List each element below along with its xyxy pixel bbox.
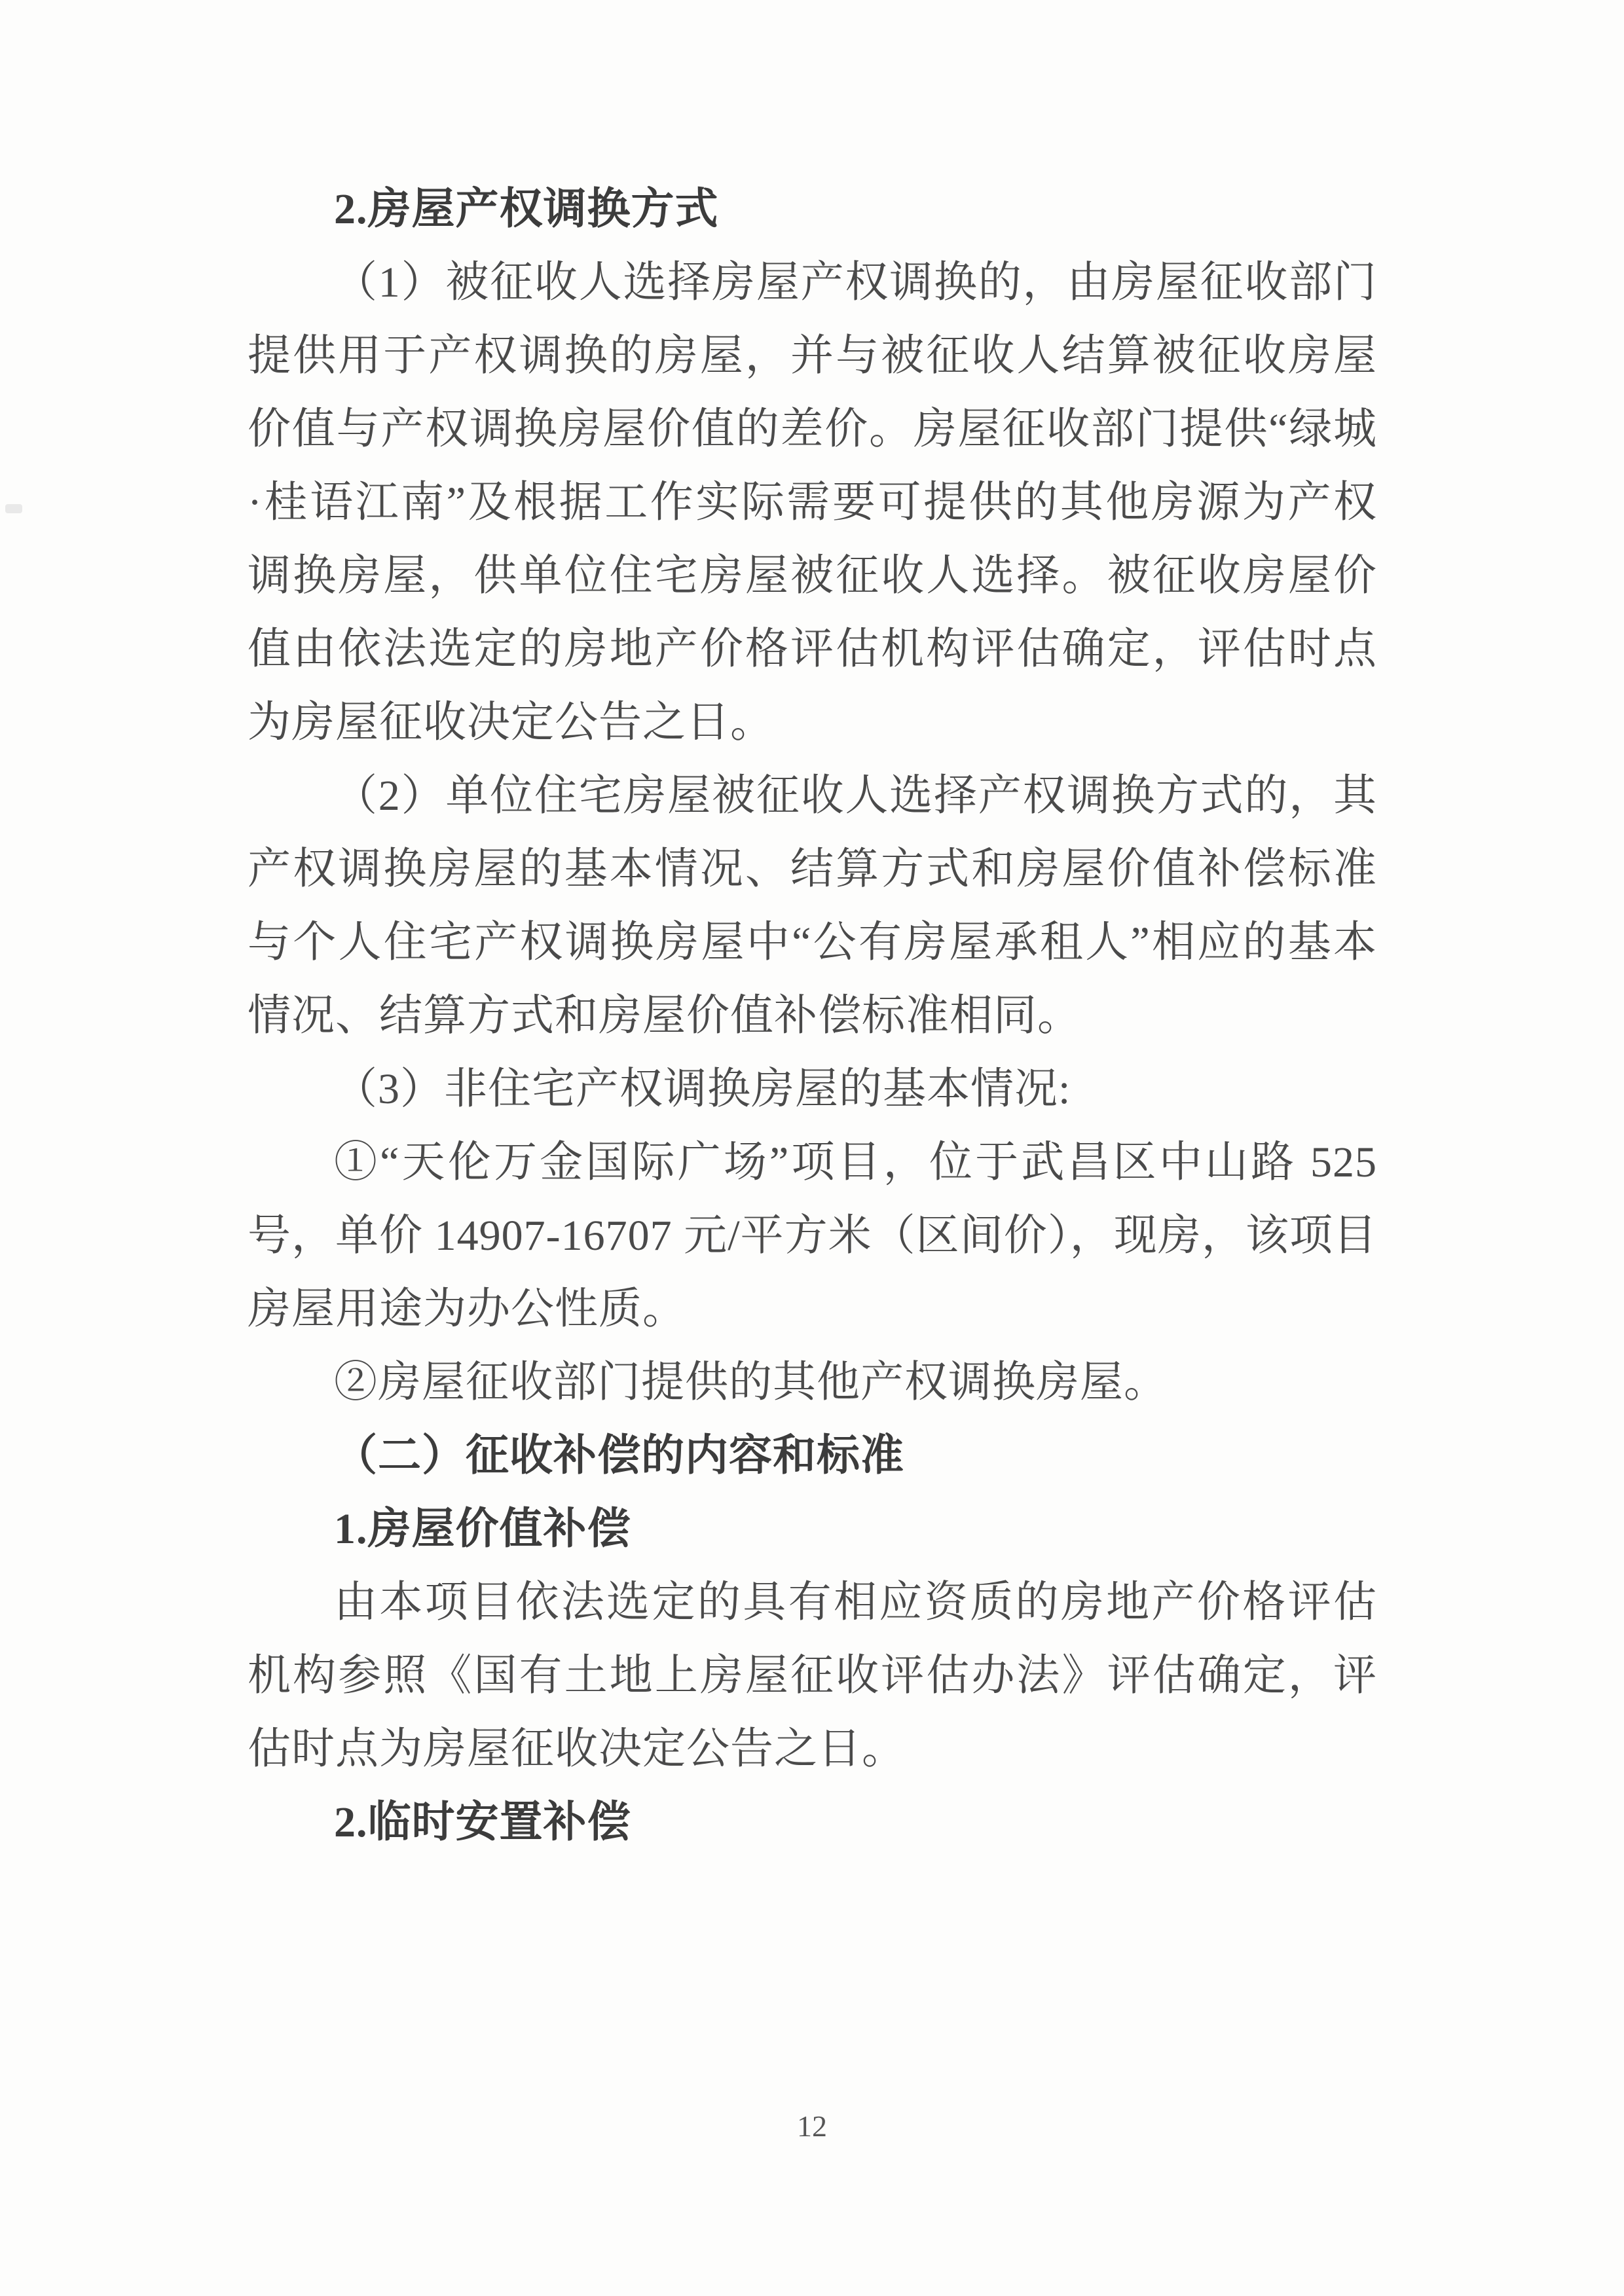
paragraph-subitem-circle-2: ②房屋征收部门提供的其他产权调换房屋。 [248,1346,1377,1419]
paragraph-item-3: （3）非住宅产权调换房屋的基本情况: [248,1053,1377,1126]
paragraph-subitem-circle-1: ①“天伦万金国际广场”项目，位于武昌区中山路 525号，单价 14907-167… [248,1126,1377,1346]
heading-house-value-compensation: 1.房屋价值补偿 [248,1493,1377,1566]
heading-property-rights-exchange: 2.房屋产权调换方式 [248,173,1377,246]
paragraph-item-2: （2）单位住宅房屋被征收人选择产权调换方式的，其产权调换房屋的基本情况、结算方式… [248,759,1377,1053]
document-body: 2.房屋产权调换方式 （1）被征收人选择房屋产权调换的，由房屋征收部门提供用于产… [248,173,1377,1859]
page-number: 12 [0,2107,1624,2146]
paragraph-item-1: （1）被征收人选择房屋产权调换的，由房屋征收部门提供用于产权调换的房屋，并与被征… [248,246,1377,759]
heading-temporary-resettlement-compensation: 2.临时安置补偿 [248,1786,1377,1859]
scan-artifact [5,504,22,513]
scanned-document-page: 2.房屋产权调换方式 （1）被征收人选择房屋产权调换的，由房屋征收部门提供用于产… [0,0,1624,2296]
paragraph-house-value-body: 由本项目依法选定的具有相应资质的房地产价格评估机构参照《国有土地上房屋征收评估办… [248,1566,1377,1786]
heading-compensation-content-standard: （二）征收补偿的内容和标准 [248,1419,1377,1493]
